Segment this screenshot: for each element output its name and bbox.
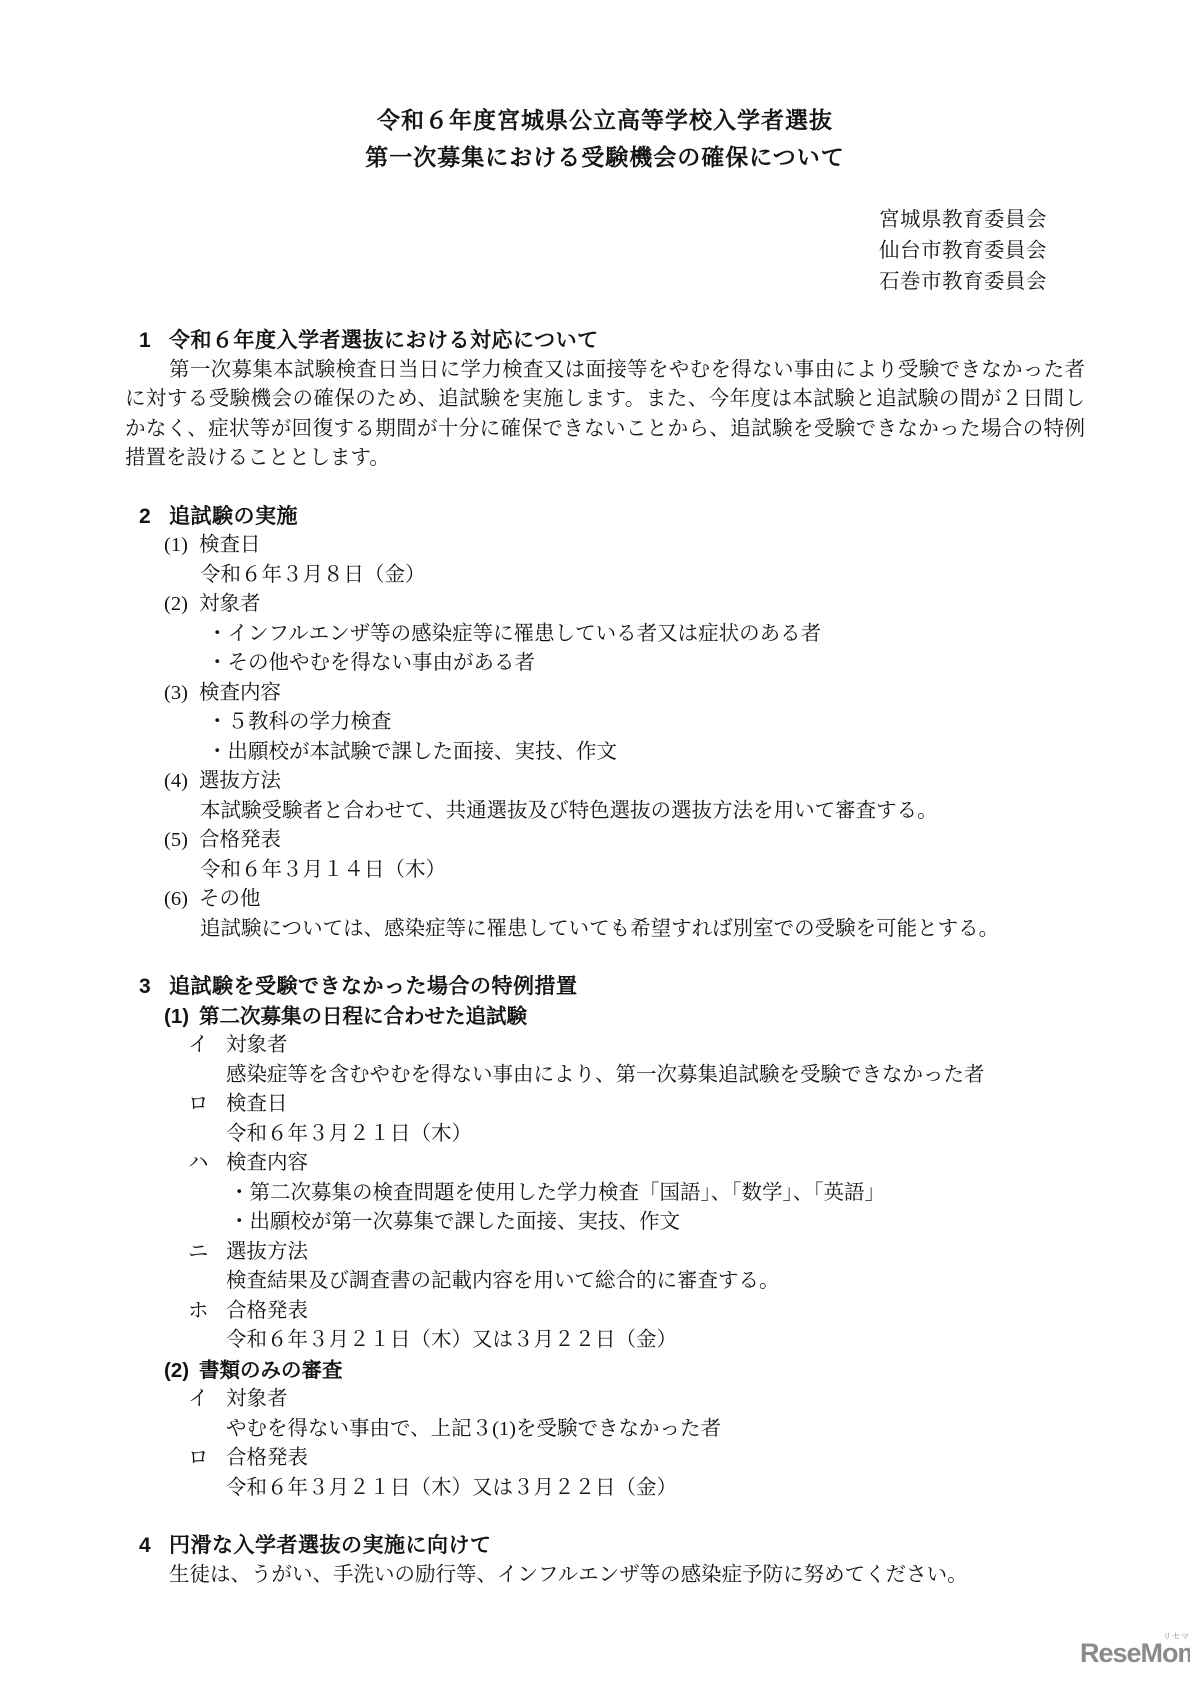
iroha-title: 対象者 bbox=[226, 1034, 288, 1056]
iroha-label: ロ bbox=[188, 1090, 226, 1120]
section-4-heading: 4円滑な入学者選抜の実施に向けて bbox=[125, 1531, 1085, 1561]
item-title: その他 bbox=[199, 888, 261, 910]
iroha-content-line: やむを得ない事由で、上記３(1)を受験できなかった者 bbox=[125, 1415, 1085, 1445]
iroha-title: 検査内容 bbox=[226, 1152, 308, 1174]
section-heading-text: 円滑な入学者選抜の実施に向けて bbox=[169, 1534, 492, 1557]
item-label: (1) bbox=[164, 531, 199, 561]
item-title: 検査内容 bbox=[199, 682, 281, 704]
item-title: 合格発表 bbox=[199, 829, 281, 851]
item-content-line: 令和６年３月８日（金） bbox=[125, 561, 1085, 591]
committee-line: 宮城県教育委員会 bbox=[125, 205, 1047, 236]
resemom-logo-ruby: リセマム bbox=[1163, 1633, 1190, 1641]
section-3-heading: 3追試験を受験できなかった場合の特例措置 bbox=[125, 972, 1085, 1002]
iroha-label: ハ bbox=[188, 1149, 226, 1179]
numbered-item: (5)合格発表 bbox=[125, 826, 1085, 856]
iroha-item: ニ選抜方法 bbox=[125, 1238, 1085, 1268]
numbered-item: (2)対象者 bbox=[125, 590, 1085, 620]
issuing-committees: 宮城県教育委員会 仙台市教育委員会 石巻市教育委員会 bbox=[125, 205, 1085, 298]
section-4: 4円滑な入学者選抜の実施に向けて 生徒は、うがい、手洗いの励行等、インフルエンザ… bbox=[125, 1531, 1085, 1590]
section-2-heading: 2追試験の実施 bbox=[125, 502, 1085, 532]
section-4-paragraph: 生徒は、うがい、手洗いの励行等、インフルエンザ等の感染症予防に努めてください。 bbox=[125, 1561, 1085, 1591]
iroha-label: イ bbox=[188, 1385, 226, 1415]
document-page: 令和６年度宮城県公立高等学校入学者選抜 第一次募集における受験機会の確保について… bbox=[0, 0, 1190, 1683]
subsection-label: (2) bbox=[164, 1356, 199, 1386]
section-heading-text: 令和６年度入学者選抜における対応について bbox=[169, 329, 599, 352]
item-title: 選抜方法 bbox=[199, 770, 281, 792]
item-label: (4) bbox=[164, 767, 199, 797]
item-bullet-line: ・出願校が本試験で課した面接、実技、作文 bbox=[125, 738, 1085, 768]
title-line-1: 令和６年度宮城県公立高等学校入学者選抜 bbox=[125, 102, 1085, 139]
title-line-2: 第一次募集における受験機会の確保について bbox=[125, 139, 1085, 176]
iroha-title: 合格発表 bbox=[226, 1447, 308, 1469]
section-number: 3 bbox=[139, 972, 169, 1002]
iroha-item: ハ検査内容 bbox=[125, 1149, 1085, 1179]
numbered-item: (4)選抜方法 bbox=[125, 767, 1085, 797]
subsection-heading: (1)第二次募集の日程に合わせた追試験 bbox=[125, 1002, 1085, 1032]
subsection-heading: (2)書類のみの審査 bbox=[125, 1356, 1085, 1386]
iroha-item: イ対象者 bbox=[125, 1031, 1085, 1061]
item-bullet-line: ・その他やむを得ない事由がある者 bbox=[125, 649, 1085, 679]
section-1-heading: 1令和６年度入学者選抜における対応について bbox=[125, 326, 1085, 356]
iroha-title: 対象者 bbox=[226, 1388, 288, 1410]
section-heading-text: 追試験を受験できなかった場合の特例措置 bbox=[169, 975, 578, 998]
iroha-content-line: 令和６年３月２１日（木）又は３月２２日（金） bbox=[125, 1474, 1085, 1504]
document-title: 令和６年度宮城県公立高等学校入学者選抜 第一次募集における受験機会の確保について bbox=[125, 102, 1085, 176]
item-label: (5) bbox=[164, 826, 199, 856]
section-number: 1 bbox=[139, 326, 169, 356]
iroha-label: イ bbox=[188, 1031, 226, 1061]
iroha-content-line: 令和６年３月２１日（木） bbox=[125, 1120, 1085, 1150]
iroha-bullet-line: ・第二次募集の検査問題を使用した学力検査「国語」、「数学」、「英語」 bbox=[125, 1179, 1085, 1209]
iroha-content-line: 検査結果及び調査書の記載内容を用いて総合的に審査する。 bbox=[125, 1267, 1085, 1297]
numbered-item: (6)その他 bbox=[125, 885, 1085, 915]
section-number: 4 bbox=[139, 1531, 169, 1561]
subsection-title: 書類のみの審査 bbox=[199, 1359, 343, 1382]
section-1: 1令和６年度入学者選抜における対応について 第一次募集本試験検査日当日に学力検査… bbox=[125, 326, 1085, 474]
item-title: 検査日 bbox=[199, 534, 261, 556]
resemom-logo-text: ReseMom. bbox=[1080, 1638, 1190, 1668]
iroha-title: 選抜方法 bbox=[226, 1241, 308, 1263]
iroha-item: ロ検査日 bbox=[125, 1090, 1085, 1120]
item-bullet-line: ・インフルエンザ等の感染症等に罹患している者又は症状のある者 bbox=[125, 620, 1085, 650]
iroha-content-line: 令和６年３月２１日（木）又は３月２２日（金） bbox=[125, 1326, 1085, 1356]
item-content-line: 本試験受験者と合わせて、共通選抜及び特色選抜の選抜方法を用いて審査する。 bbox=[125, 797, 1085, 827]
subsection-title: 第二次募集の日程に合わせた追試験 bbox=[199, 1005, 527, 1028]
committee-line: 石巻市教育委員会 bbox=[125, 267, 1047, 298]
iroha-content-line: 感染症等を含むやむを得ない事由により、第一次募集追試験を受験できなかった者 bbox=[125, 1061, 1085, 1091]
item-bullet-line: ・５教科の学力検査 bbox=[125, 708, 1085, 738]
iroha-bullet-line: ・出願校が第一次募集で課した面接、実技、作文 bbox=[125, 1208, 1085, 1238]
item-label: (2) bbox=[164, 590, 199, 620]
subsection-label: (1) bbox=[164, 1002, 199, 1032]
item-content-line: 追試験については、感染症等に罹患していても希望すれば別室での受験を可能とする。 bbox=[125, 915, 1085, 945]
section-3: 3追試験を受験できなかった場合の特例措置 (1)第二次募集の日程に合わせた追試験… bbox=[125, 972, 1085, 1503]
iroha-label: ロ bbox=[188, 1444, 226, 1474]
iroha-title: 検査日 bbox=[226, 1093, 288, 1115]
numbered-item: (3)検査内容 bbox=[125, 679, 1085, 709]
section-2: 2追試験の実施 (1)検査日 令和６年３月８日（金） (2)対象者 ・インフルエ… bbox=[125, 502, 1085, 945]
numbered-item: (1)検査日 bbox=[125, 531, 1085, 561]
iroha-item: ホ合格発表 bbox=[125, 1297, 1085, 1327]
section-1-paragraph: 第一次募集本試験検査日当日に学力検査又は面接等をやむを得ない事由により受験できな… bbox=[125, 356, 1085, 474]
resemom-logo: リセマムReseMom. bbox=[1080, 1640, 1190, 1667]
section-number: 2 bbox=[139, 502, 169, 532]
document-content: 令和６年度宮城県公立高等学校入学者選抜 第一次募集における受験機会の確保について… bbox=[125, 0, 1085, 1590]
item-label: (6) bbox=[164, 885, 199, 915]
iroha-label: ホ bbox=[188, 1297, 226, 1327]
iroha-item: ロ合格発表 bbox=[125, 1444, 1085, 1474]
section-heading-text: 追試験の実施 bbox=[169, 505, 298, 528]
item-title: 対象者 bbox=[199, 593, 261, 615]
iroha-label: ニ bbox=[188, 1238, 226, 1268]
iroha-title: 合格発表 bbox=[226, 1300, 308, 1322]
committee-line: 仙台市教育委員会 bbox=[125, 236, 1047, 267]
item-label: (3) bbox=[164, 679, 199, 709]
item-content-line: 令和６年３月１４日（木） bbox=[125, 856, 1085, 886]
iroha-item: イ対象者 bbox=[125, 1385, 1085, 1415]
